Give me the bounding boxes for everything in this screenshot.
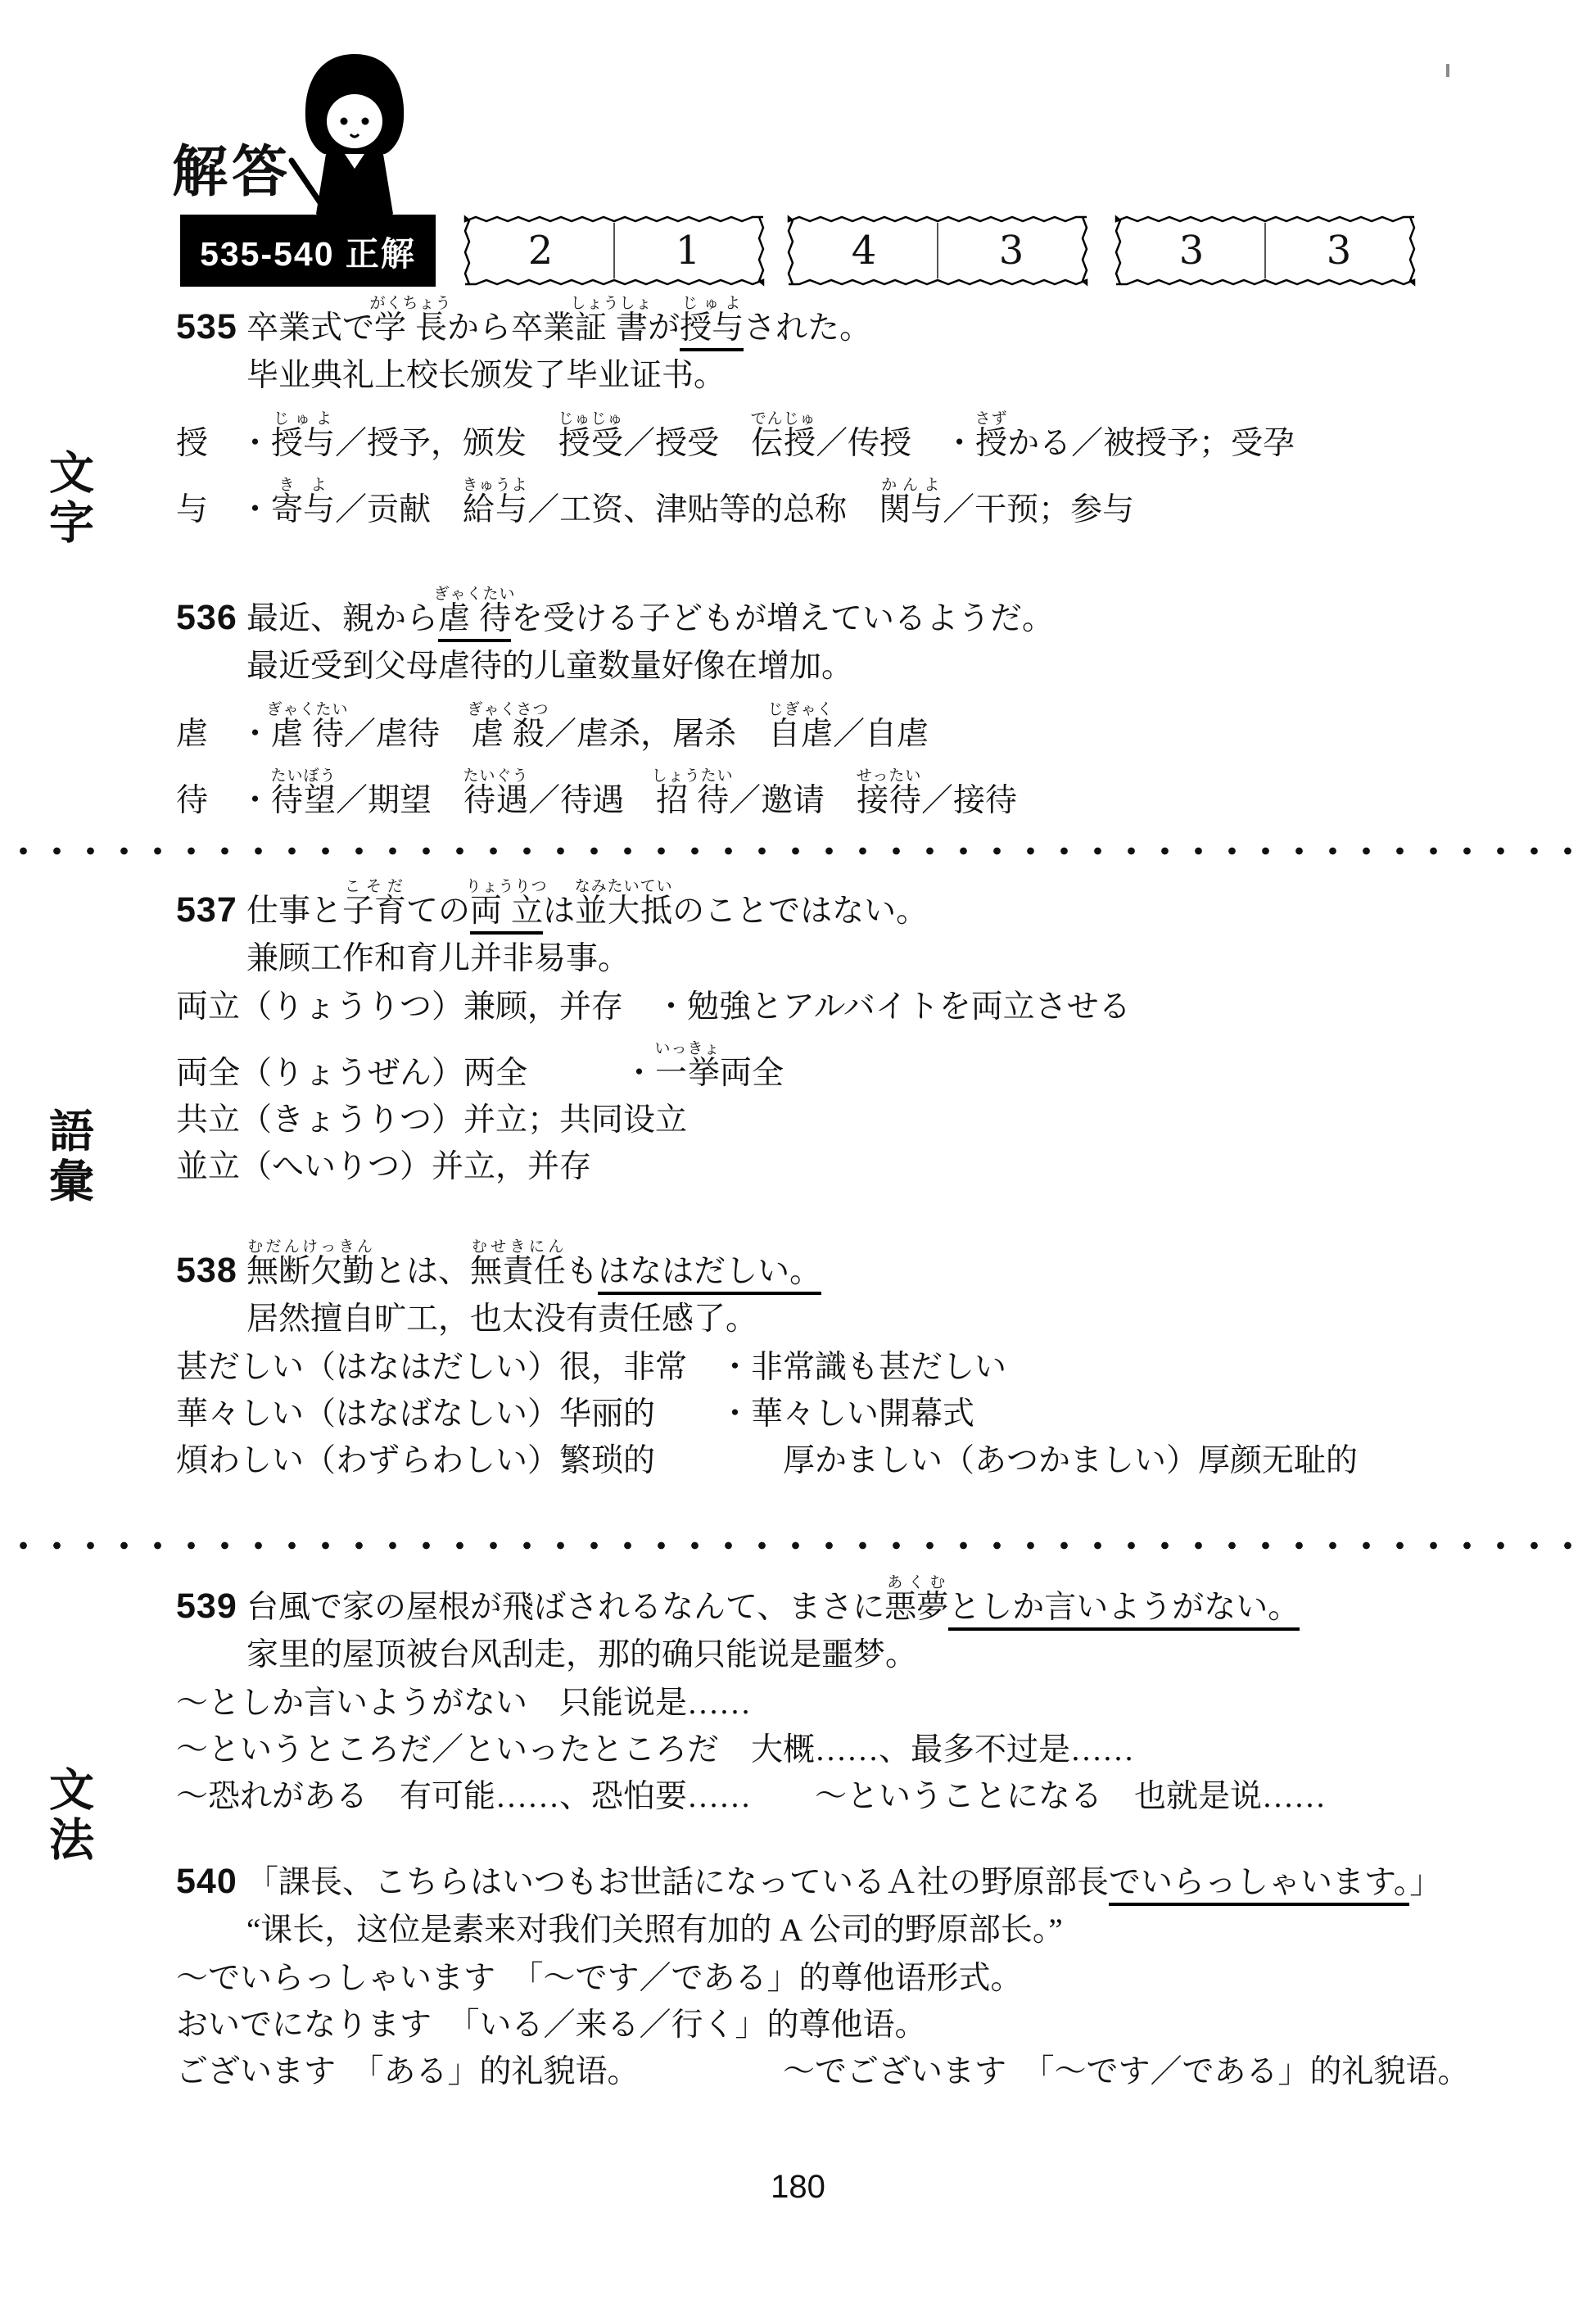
- furigana-term: 並大抵なみたいてい: [575, 894, 672, 929]
- text-run: 両全（りょうぜん）两全 ・: [176, 1056, 655, 1091]
- answer-box: 43: [786, 215, 1089, 287]
- dotted-divider: [7, 1538, 1589, 1553]
- furigana-term: 授受じゅじゅ: [558, 426, 623, 461]
- explanation-line: 両全（りょうぜん）两全 ・一挙いっきょ両全: [176, 1035, 1441, 1093]
- underlined-answer-phrase: としか言いようがない。: [948, 1590, 1300, 1631]
- text-run: ／待遇: [528, 783, 656, 818]
- question-sentence: 538無断欠勤むだんけっきんとは、無責任むせきにんもはなはだしい。: [176, 1230, 1441, 1292]
- text-run: が: [648, 310, 680, 346]
- text-run: はなはだしい。: [598, 1254, 821, 1289]
- sentence-text: 卒業式で学長がくちょうから卒業証書しょうしょが授与じゅよされた。: [246, 310, 871, 351]
- text-run: ございます 「ある」的礼貌语。 ～でございます 「～です／である」的礼貌语。: [176, 2054, 1470, 2089]
- explanation-line: 華々しい（はなばなしい）华丽的 ・華々しい開幕式: [176, 1396, 1441, 1433]
- question-539: 539台風で家の屋根が飛ばされるなんて、まさに悪夢あくむとしか言いようがない。家…: [176, 1566, 1441, 1825]
- text-run: ／贡献: [335, 492, 463, 527]
- text-run: ・: [239, 783, 271, 818]
- chinese-translation: 最近受到父母虐待的儿童数量好像在增加。: [246, 648, 1441, 686]
- furigana-term: 関与かんよ: [879, 492, 943, 527]
- section-label-characters: 文字: [36, 449, 101, 549]
- answer-key-page: 解答 535-540 正解 214333 文字 語彙 文法 535卒業式で学長が…: [0, 0, 1596, 2322]
- furigana-term: 悪夢あくむ: [884, 1590, 948, 1625]
- text-run: ／接待: [921, 783, 1017, 818]
- text-run: ／虐待: [344, 717, 472, 752]
- text-run: ～としか言いようがない 只能说是……: [176, 1686, 751, 1721]
- question-number: 535: [176, 306, 246, 348]
- text-run: のことではない。: [672, 894, 928, 929]
- explanation-line: 与・寄与きよ／贡献 給与きゅうよ／工资、津贴等的总称 関与かんよ／干预；参与: [176, 472, 1441, 529]
- explanation-text: 甚だしい（はなはだしい）很，非常 ・非常識も甚だしい: [176, 1350, 1006, 1385]
- answer-value: 3: [938, 220, 1084, 282]
- question-number: 537: [176, 889, 246, 931]
- furigana-term: 授与じゅよ: [271, 426, 335, 461]
- section-label-grammar: 文法: [36, 1766, 101, 1866]
- text-run: ／邀请: [729, 783, 857, 818]
- text-run: ／授予，颁发: [335, 426, 558, 461]
- sentence-text: 最近、親から虐待ぎゃくたいを受ける子どもが増えているようだ。: [246, 601, 1054, 642]
- text-run: 「課長、こちらはいつもお世話になっているＡ社の野原部長: [246, 1865, 1109, 1900]
- explanation-text: ございます 「ある」的礼貌语。 ～でございます 「～です／である」的礼貌语。: [176, 2054, 1470, 2089]
- text-run: 卒業式で: [246, 310, 374, 346]
- answer-cells: 21: [468, 220, 761, 282]
- text-run: ・: [239, 426, 271, 461]
- text-run: ／授受: [623, 426, 751, 461]
- answer-cells: 33: [1119, 220, 1412, 282]
- explanation-text: ・虐待ぎゃくたい／虐待 虐殺ぎゃくさつ／虐杀，屠杀 自虐じぎゃく／自虐: [239, 717, 929, 752]
- furigana-term: 伝授でんじゅ: [751, 426, 816, 461]
- sentence-text: 台風で家の屋根が飛ばされるなんて、まさに悪夢あくむとしか言いようがない。: [246, 1590, 1300, 1631]
- sentence-text: 「課長、こちらはいつもお世話になっているＡ社の野原部長でいらっしゃいます。」: [246, 1865, 1441, 1906]
- kanji-headword: 授: [176, 425, 239, 463]
- text-run: から卒業: [447, 310, 575, 346]
- question-537: 537仕事と子育こそだての両立りょうりつは並大抵なみたいていのことではない。兼顾…: [176, 870, 1441, 1195]
- explanation-text: 共立（きょうりつ）并立；共同设立: [176, 1102, 687, 1138]
- text-run: とは、: [374, 1254, 470, 1289]
- question-538: 538無断欠勤むだんけっきんとは、無責任むせきにんもはなはだしい。居然擅自旷工，…: [176, 1230, 1441, 1489]
- text-run: ～というところだ／といったところだ 大概……、最多不过是……: [176, 1732, 1134, 1768]
- text-run: ～恐れがある 有可能……、恐怕要…… ～ということになる 也就是说……: [176, 1779, 1326, 1814]
- text-run: ～でいらっしゃいます 「～です／である」的尊他语形式。: [176, 1961, 1023, 1996]
- question-sentence: 535卒業式で学長がくちょうから卒業証書しょうしょが授与じゅよされた。: [176, 287, 1441, 348]
- text-run: 甚だしい（はなはだしい）很，非常 ・非常識も甚だしい: [176, 1350, 1006, 1385]
- underlined-answer-phrase: でいらっしゃいます。: [1109, 1865, 1409, 1906]
- furigana-term: 虐殺ぎゃくさつ: [472, 717, 545, 752]
- explanation-text: ・授与じゅよ／授予，颁发 授受じゅじゅ／授受 伝授でんじゅ／传授 ・授さずかる／…: [239, 426, 1295, 461]
- explanation-text: ・待望たいぼう／期望 待遇たいぐう／待遇 招待しょうたい／邀请 接待せったい／接…: [239, 783, 1017, 818]
- text-run: 華々しい（はなばなしい）华丽的 ・華々しい開幕式: [176, 1396, 974, 1432]
- question-sentence: 540「課長、こちらはいつもお世話になっているＡ社の野原部長でいらっしゃいます。…: [176, 1841, 1441, 1903]
- text-run: ・: [239, 492, 271, 527]
- text-run: としか言いようがない。: [948, 1590, 1300, 1625]
- chinese-translation: 兼顾工作和育儿并非易事。: [246, 940, 1441, 978]
- explanation-line: ございます 「ある」的礼貌语。 ～でございます 「～です／である」的礼貌语。: [176, 2053, 1441, 2091]
- furigana-term: 接待せったい: [857, 783, 921, 818]
- text-run: ／干预；参与: [943, 492, 1134, 527]
- explanation-text: ～というところだ／といったところだ 大概……、最多不过是……: [176, 1732, 1134, 1768]
- furigana-term: 授与じゅよ: [680, 310, 744, 346]
- text-run: を受ける子どもが増えているようだ。: [511, 601, 1054, 636]
- kanji-headword: 虐: [176, 716, 239, 754]
- text-run: でいらっしゃいます。: [1109, 1865, 1409, 1900]
- answer-box: 33: [1114, 215, 1417, 287]
- question-number: 539: [176, 1586, 246, 1627]
- text-run: ての: [406, 894, 470, 929]
- explanation-line: 待・待望たいぼう／期望 待遇たいぐう／待遇 招待しょうたい／邀请 接待せったい／…: [176, 763, 1441, 820]
- question-sentence: 539台風で家の屋根が飛ばされるなんて、まさに悪夢あくむとしか言いようがない。: [176, 1566, 1441, 1627]
- explanation-text: 煩わしい（わずらわしい）繁琐的 厚かましい（あつかましい）厚颜无耻的: [176, 1443, 1358, 1478]
- text-run: 仕事と: [246, 894, 342, 929]
- question-sentence: 536最近、親から虐待ぎゃくたいを受ける子どもが増えているようだ。: [176, 577, 1441, 639]
- furigana-term: 子育こそだ: [342, 894, 406, 929]
- text-run: ／自虐: [833, 717, 929, 752]
- explanation-line: おいでになります 「いる／来る／行く」的尊他语。: [176, 2007, 1441, 2044]
- text-run: かる／被授予；受孕: [1007, 426, 1295, 461]
- furigana-term: 授さず: [975, 426, 1007, 461]
- text-run: 並立（へいりつ）并立，并存: [176, 1149, 591, 1184]
- furigana-term: 自虐じぎゃく: [768, 717, 833, 752]
- explanation-text: ～としか言いようがない 只能说是……: [176, 1686, 751, 1721]
- explanation-line: ～恐れがある 有可能……、恐怕要…… ～ということになる 也就是说……: [176, 1778, 1441, 1816]
- answer-value: 1: [615, 220, 761, 282]
- text-run: された。: [744, 310, 871, 346]
- answer-strip: 535-540 正解 214333: [0, 215, 1596, 287]
- page-number: 180: [0, 2169, 1596, 2206]
- explanation-text: 華々しい（はなばなしい）华丽的 ・華々しい開幕式: [176, 1396, 974, 1432]
- chinese-translation: 居然擅自旷工，也太没有责任感了。: [246, 1301, 1441, 1338]
- answer-value: 3: [1266, 220, 1412, 282]
- explanation-line: ～としか言いようがない 只能说是……: [176, 1685, 1441, 1722]
- dotted-divider: [7, 844, 1589, 858]
- text-run: おいでになります 「いる／来る／行く」的尊他语。: [176, 2007, 927, 2043]
- scan-artifact: [1446, 64, 1449, 77]
- explanation-text: ～恐れがある 有可能……、恐怕要…… ～ということになる 也就是说……: [176, 1779, 1326, 1814]
- text-run: ／虐杀，屠杀: [545, 717, 768, 752]
- question-535: 535卒業式で学長がくちょうから卒業証書しょうしょが授与じゅよされた。毕业典礼上…: [176, 287, 1441, 538]
- explanation-line: ～というところだ／といったところだ 大概……、最多不过是……: [176, 1731, 1441, 1769]
- answer-cells: 43: [791, 220, 1084, 282]
- furigana-term: 一挙いっきょ: [655, 1056, 720, 1091]
- furigana-term: 招待しょうたい: [656, 783, 729, 818]
- text-run: 煩わしい（わずらわしい）繁琐的 厚かましい（あつかましい）厚颜无耻的: [176, 1443, 1358, 1478]
- furigana-term: 虐待ぎゃくたい: [438, 601, 511, 636]
- explanation-text: ～でいらっしゃいます 「～です／である」的尊他语形式。: [176, 1961, 1023, 1996]
- furigana-term: 無断欠勤むだんけっきん: [246, 1254, 374, 1289]
- text-run: ／期望: [336, 783, 463, 818]
- furigana-term: 待望たいぼう: [271, 783, 336, 818]
- question-540: 540「課長、こちらはいつもお世話になっているＡ社の野原部長でいらっしゃいます。…: [176, 1841, 1441, 2100]
- answer-value: 2: [468, 220, 613, 282]
- text-run: も: [566, 1254, 598, 1289]
- explanation-line: 共立（きょうりつ）并立；共同设立: [176, 1102, 1441, 1139]
- section-label-vocabulary: 語彙: [36, 1107, 101, 1207]
- text-run: 両全: [720, 1056, 784, 1091]
- question-number: 538: [176, 1250, 246, 1292]
- sentence-text: 仕事と子育こそだての両立りょうりつは並大抵なみたいていのことではない。: [246, 894, 928, 935]
- underlined-answer-phrase: はなはだしい。: [598, 1254, 821, 1295]
- text-run: は: [543, 894, 575, 929]
- text-run: 共立（きょうりつ）并立；共同设立: [176, 1102, 687, 1138]
- kanji-headword: 待: [176, 782, 239, 820]
- furigana-term: 給与きゅうよ: [463, 492, 527, 527]
- furigana-term: 虐待ぎゃくたい: [271, 717, 344, 752]
- answer-range-label: 535-540 正解: [180, 215, 436, 287]
- text-run: ／传授 ・: [816, 426, 975, 461]
- answer-box: 21: [463, 215, 766, 287]
- furigana-term: 待遇たいぐう: [463, 783, 528, 818]
- explanation-text: 両全（りょうぜん）两全 ・一挙いっきょ両全: [176, 1056, 784, 1091]
- text-run: 最近、親から: [246, 601, 438, 636]
- explanation-line: 虐・虐待ぎゃくたい／虐待 虐殺ぎゃくさつ／虐杀，屠杀 自虐じぎゃく／自虐: [176, 696, 1441, 754]
- explanation-text: 両立（りょうりつ）兼顾，并存 ・勉強とアルバイトを両立させる: [176, 989, 1131, 1025]
- explanation-line: 煩わしい（わずらわしい）繁琐的 厚かましい（あつかましい）厚颜无耻的: [176, 1442, 1441, 1480]
- underlined-answer-phrase: 虐待ぎゃくたい: [438, 601, 511, 642]
- text-run: 両立（りょうりつ）兼顾，并存 ・勉強とアルバイトを両立させる: [176, 989, 1131, 1025]
- furigana-term: 両立りょうりつ: [470, 894, 543, 929]
- answer-value: 3: [1119, 220, 1264, 282]
- question-536: 536最近、親から虐待ぎゃくたいを受ける子どもが増えているようだ。最近受到父母虐…: [176, 577, 1441, 829]
- text-run: ／工资、津贴等的总称: [527, 492, 879, 527]
- chinese-translation: 家里的屋顶被台风刮走，那的确只能说是噩梦。: [246, 1636, 1441, 1674]
- kanji-headword: 与: [176, 491, 239, 529]
- answer-value: 4: [791, 220, 937, 282]
- chinese-translation: 毕业典礼上校长颁发了毕业证书。: [246, 357, 1441, 395]
- explanation-text: おいでになります 「いる／来る／行く」的尊他语。: [176, 2007, 927, 2043]
- sentence-text: 無断欠勤むだんけっきんとは、無責任むせきにんもはなはだしい。: [246, 1254, 821, 1295]
- furigana-term: 無責任むせきにん: [470, 1254, 566, 1289]
- furigana-term: 証書しょうしょ: [575, 310, 648, 346]
- furigana-term: 学長がくちょう: [374, 310, 447, 346]
- explanation-line: 並立（へいりつ）并立，并存: [176, 1148, 1441, 1186]
- furigana-term: 寄与きよ: [271, 492, 335, 527]
- chinese-translation: “课长，这位是素来对我们关照有加的 A 公司的野原部长。”: [246, 1912, 1441, 1949]
- question-number: 540: [176, 1861, 246, 1903]
- explanation-line: 授・授与じゅよ／授予，颁发 授受じゅじゅ／授受 伝授でんじゅ／传授 ・授さずかる…: [176, 405, 1441, 463]
- explanation-line: ～でいらっしゃいます 「～です／である」的尊他语形式。: [176, 1960, 1441, 1998]
- explanation-line: 甚だしい（はなはだしい）很，非常 ・非常識も甚だしい: [176, 1349, 1441, 1387]
- question-sentence: 537仕事と子育こそだての両立りょうりつは並大抵なみたいていのことではない。: [176, 870, 1441, 931]
- explanation-text: ・寄与きよ／贡献 給与きゅうよ／工资、津贴等的总称 関与かんよ／干预；参与: [239, 492, 1134, 527]
- question-number: 536: [176, 597, 246, 639]
- text-run: 台風で家の屋根が飛ばされるなんて、まさに: [246, 1590, 884, 1625]
- explanation-text: 並立（へいりつ）并立，并存: [176, 1149, 591, 1184]
- underlined-answer-phrase: 授与じゅよ: [680, 310, 744, 351]
- underlined-answer-phrase: 両立りょうりつ: [470, 894, 543, 935]
- explanation-line: 両立（りょうりつ）兼顾，并存 ・勉強とアルバイトを両立させる: [176, 989, 1441, 1026]
- text-run: 」: [1409, 1865, 1441, 1900]
